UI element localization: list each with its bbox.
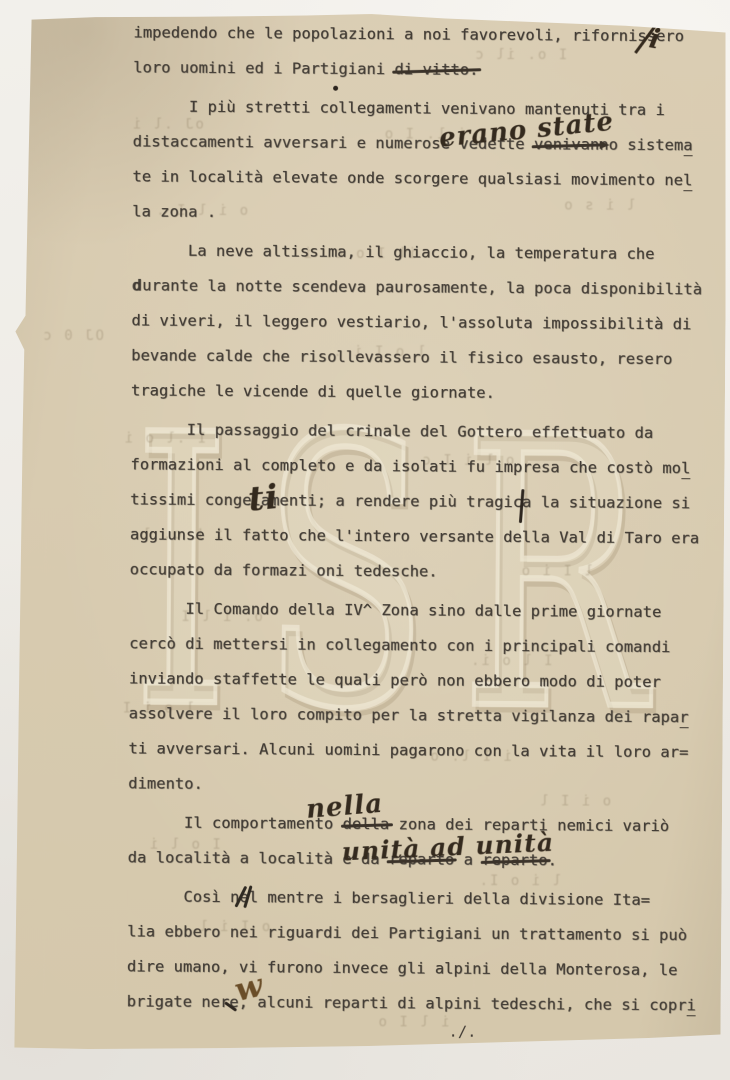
bleedthrough-line: OJ 0 c <box>41 328 104 344</box>
typed-segment: mentre i bersaglieri della divisione Ita… <box>258 888 650 909</box>
typed-line: ti avversari. Alcuni uomini pagarono con… <box>128 731 699 770</box>
hand-nella: nella <box>305 791 384 823</box>
typed-line: aggiunse il fatto che l'intero versante … <box>130 517 701 556</box>
typed-segment: dimento. <box>128 774 203 793</box>
typed-segment: aggiunse il fatto che l'intero versante … <box>130 525 699 547</box>
typed-segment: La neve altissima, il ghiaccio, la tempe… <box>188 242 655 263</box>
typed-segment-ul: i <box>687 996 696 1016</box>
typed-segment: occupato da formazi oni tedesche. <box>130 560 438 580</box>
typed-line: tissimi congelamenti; a rendere più trag… <box>130 482 701 521</box>
typed-line: dire umano, vi furono invece gli alpini … <box>127 949 698 988</box>
typed-segment-scribble: nel <box>230 888 258 906</box>
typed-line: brigate nere, alcuni reparti di alpini t… <box>127 984 698 1023</box>
typed-line: di viveri, il leggero vestiario, l'assol… <box>131 303 702 342</box>
hand-ti: ti <box>247 480 281 517</box>
typed-line: la zona . <box>132 194 703 233</box>
typed-line: lia ebbero nei riguardi dei Partigiani u… <box>127 914 698 953</box>
typed-line: te in località elevate onde scorgere qua… <box>132 159 703 198</box>
typed-segment: Il passaggio del crinale del Gottero eff… <box>187 421 654 442</box>
typed-segment: alcuni reparti di alpini tedeschi, che s… <box>257 993 686 1014</box>
typed-line: Così nel mentre i bersaglieri della divi… <box>127 879 698 918</box>
typed-line: I più stretti collegamenti venivano mant… <box>133 89 704 128</box>
typed-line: impedendo che le popolazioni a noi favor… <box>133 15 704 54</box>
typed-segment: formazioni al completo e da isolati fu i… <box>130 455 681 477</box>
typed-line: assolvere il loro compito per la stretta… <box>129 696 700 735</box>
typed-line: cercò di mettersi in collegamento con i … <box>129 626 700 665</box>
scanned-paper: ISR ISR impedendo che le popolazioni a n… <box>8 10 727 1057</box>
typed-segment: tissimi congelamenti; a rendere più trag… <box>130 490 690 512</box>
typed-segment-ul: l <box>683 171 692 191</box>
typed-segment: impedendo che le popolazioni a noi favor… <box>133 23 693 45</box>
typed-segment: lia ebbero nei riguardi dei Partigiani u… <box>127 922 687 944</box>
typed-segment-ot: d <box>132 268 142 303</box>
typed-segment: Il Comando della IV^ Zona sino dalle pri… <box>185 600 661 621</box>
typed-line: La neve altissima, il ghiaccio, la tempe… <box>132 233 703 272</box>
typed-segment-ul: l <box>681 459 690 479</box>
typed-segment: bevande calde che risollevassero il fisi… <box>131 346 672 368</box>
typed-segment: te in località elevate onde scorgere qua… <box>132 167 683 189</box>
typed-line: inviando staffette le quali però non ebb… <box>129 661 700 700</box>
pen-dot <box>333 86 338 91</box>
typed-line: tragiche le vicende di quelle giornate. <box>131 373 702 412</box>
typed-segment: loro uomini ed i Partigiani <box>133 58 394 78</box>
typed-segment-ul: r <box>679 708 688 728</box>
typed-line: formazioni al completo e da isolati fu i… <box>130 447 701 486</box>
typed-segment: di viveri, il leggero vestiario, l'assol… <box>131 311 691 333</box>
typed-segment: dire umano, vi furono invece gli alpini … <box>127 957 678 979</box>
typed-line: bevande calde che risollevassero il fisi… <box>131 338 702 377</box>
typed-segment: la zona . <box>132 202 216 221</box>
typed-segment-strike: di vitto. <box>394 60 478 79</box>
typed-segment: no sistem <box>599 136 683 155</box>
typed-segment: assolvere il loro compito per la stretta… <box>129 704 680 726</box>
typed-lines: impedendo che le popolazioni a noi favor… <box>127 15 704 1023</box>
typed-segment: cercò di mettersi in collegamento con i … <box>129 634 670 656</box>
typed-line: Il passaggio del crinale del Gottero eff… <box>131 412 702 451</box>
page-continuation-mark: ./. <box>448 1023 476 1041</box>
typed-segment-ul: a <box>683 136 692 156</box>
typed-line: loro uomini ed i Partigiani di vitto. <box>133 50 704 89</box>
typed-line: distaccamenti avversari e numerose vedet… <box>133 124 704 163</box>
typed-line: occupato da formazi oni tedesche. <box>130 552 701 591</box>
typed-segment: ti avversari. Alcuni uomini pagarono con… <box>128 739 688 761</box>
typed-segment: Così <box>183 888 230 906</box>
typed-line: dimento. <box>128 766 699 805</box>
typed-segment: inviando staffette le quali però non ebb… <box>129 669 661 691</box>
typed-segment: tragiche le vicende di quelle giornate. <box>131 381 495 402</box>
typed-segment: durante la notte scendeva paurosamente, … <box>133 276 702 298</box>
typed-line: ddurante la notte scendeva paurosamente,… <box>132 268 703 307</box>
typed-line: Il Comando della IV^ Zona sino dalle pri… <box>129 591 700 630</box>
